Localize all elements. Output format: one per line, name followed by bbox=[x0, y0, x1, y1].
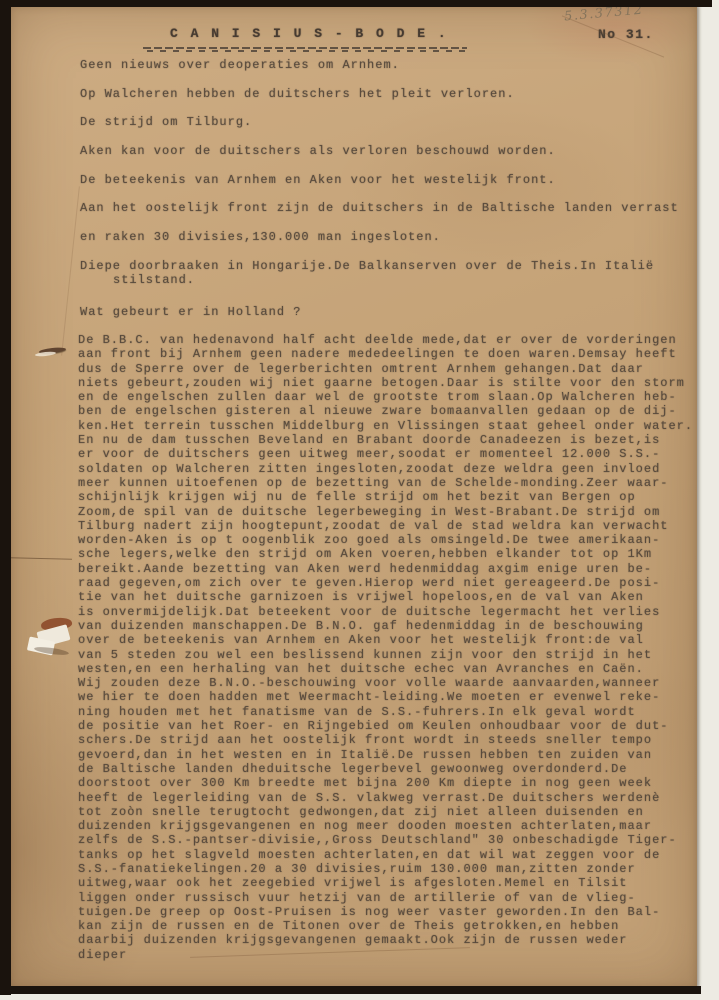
scan-edge-top bbox=[0, 0, 712, 7]
body-line: er voor de duitschers geen uitweg meer,s… bbox=[78, 447, 698, 461]
paper-crease bbox=[10, 557, 72, 560]
body-line: ken.Het terrein tusschen Middelburg en V… bbox=[78, 419, 698, 433]
body-line: schijnlijk krijgen wij nu de felle strij… bbox=[78, 490, 698, 504]
body-line: niets gebeurt,zouden wij niet gaarne bet… bbox=[78, 376, 698, 390]
body-line: over de beteekenis van Arnhem en Aken vo… bbox=[78, 633, 698, 647]
headline-line: Wat gebeurt er in Holland ? bbox=[80, 305, 695, 319]
headline-line: stilstand. bbox=[80, 273, 695, 287]
headline-line: Op Walcheren hebben de duitschers het pl… bbox=[80, 87, 695, 101]
headline-line: Aken kan voor de duitschers als verloren… bbox=[80, 144, 695, 158]
body-paragraph: De B.B.C. van hedenavond half acht deeld… bbox=[78, 333, 698, 962]
body-line: tie van het duitsche garnizoen is vrijwe… bbox=[78, 590, 698, 604]
body-line: zelfs de S.S.-pantser-divisie,,Gross Deu… bbox=[78, 833, 698, 847]
document-scan: 5.3.37312 C A N I S I U S - B O D E . No… bbox=[0, 0, 719, 1000]
body-line: soldaten op Walcheren zitten ingesloten,… bbox=[78, 462, 698, 476]
body-line: gevoerd,dan in het westen en in Italië.D… bbox=[78, 748, 698, 762]
body-line: ben de engelschen gisteren al nieuwe zwa… bbox=[78, 404, 698, 418]
paper-tear-upper bbox=[33, 344, 73, 360]
body-line: de positie van het Roer- en Rijngebied o… bbox=[78, 719, 698, 733]
body-line: tanks op het slagveld moesten achterlate… bbox=[78, 848, 698, 862]
body-line: is onvermijdelijk.Dat beteekent voor de … bbox=[78, 605, 698, 619]
body-line: S.S.-fanatiekelingen.20 a 30 divisies,ru… bbox=[78, 862, 698, 876]
scan-edge-bottom bbox=[0, 986, 701, 994]
body-line: aan front bij Arnhem geen nadere mededee… bbox=[78, 347, 698, 361]
headline-line: Diepe doorbraaken in Hongarije.De Balkan… bbox=[80, 259, 695, 273]
headline-list: Geen nieuws over deoperaties om Arnhem.O… bbox=[80, 58, 695, 320]
tear-highlight bbox=[35, 351, 56, 357]
body-line: uitweg,waar ook het zeegebied vrijwel is… bbox=[78, 876, 698, 890]
headline-line: en raken 30 divisies,130.000 man ingeslo… bbox=[80, 230, 695, 244]
title-underline bbox=[143, 47, 467, 53]
body-line: tot zoòn snelle terugtocht gedwongen,dat… bbox=[78, 805, 698, 819]
body-line: doorstoot over 300 Km breedte met bijna … bbox=[78, 776, 698, 790]
headline-line: Geen nieuws over deoperaties om Arnhem. bbox=[80, 58, 695, 72]
body-line: meer kunnen uitoefenen op de bezetting v… bbox=[78, 476, 698, 490]
body-line: westen,en een herhaling van het duitsche… bbox=[78, 662, 698, 676]
body-line: En nu de dam tusschen Beveland en Braban… bbox=[78, 433, 698, 447]
body-line: duizenden krijgsgevangenen en nog meer d… bbox=[78, 819, 698, 833]
body-line: van 5 steden zou wel een beslissend kunn… bbox=[78, 648, 698, 662]
document-paper: 5.3.37312 C A N I S I U S - B O D E . No… bbox=[10, 6, 697, 988]
paper-crease bbox=[61, 186, 80, 355]
body-line: Wij zouden deze B.N.O.-beschouwing voor … bbox=[78, 676, 698, 690]
body-line: ning houden met het fanatisme van de S.S… bbox=[78, 705, 698, 719]
body-line: kan zijn de russen en de Titonen over de… bbox=[78, 919, 698, 933]
body-line: bereikt.Aande bezetting van Aken werd he… bbox=[78, 562, 698, 576]
body-line: van duizenden manschappen.De B.N.O. gaf … bbox=[78, 619, 698, 633]
body-line: De B.B.C. van hedenavond half acht deeld… bbox=[78, 333, 698, 347]
body-line: Tilburg nadert zijn hoogtepunt,zoodat de… bbox=[78, 519, 698, 533]
body-line: liggen onder russisch vuur hetzij van de… bbox=[78, 891, 698, 905]
body-line: worden-Aken is op t oogenblik zoo goed a… bbox=[78, 533, 698, 547]
headline-line: Aan het oostelijk front zijn de duitsche… bbox=[80, 201, 695, 215]
newsletter-title: C A N I S I U S - B O D E . bbox=[170, 26, 448, 41]
body-line: schers.De strijd aan het oostelijk front… bbox=[78, 733, 698, 747]
body-line: tuigen.De greep op Oost-Pruisen is nog w… bbox=[78, 905, 698, 919]
paper-tear-lower bbox=[28, 618, 82, 672]
headline-line: De strijd om Tilburg. bbox=[80, 115, 695, 129]
body-line: we hier te doen hadden met Weermacht-lei… bbox=[78, 690, 698, 704]
body-line: daarbij duizenden krijgsgevangenen gemaa… bbox=[78, 933, 698, 947]
body-line: heeft de legerleiding van de S.S. vlakwe… bbox=[78, 791, 698, 805]
body-line: dus de Sperre over de legerberichten omt… bbox=[78, 362, 698, 376]
body-line: Zoom,de spil van de duitsche legerbewegi… bbox=[78, 505, 698, 519]
body-line: de Baltische landen dheduitsche legerbev… bbox=[78, 762, 698, 776]
headline-line: De beteekenis van Arnhem en Aken voor he… bbox=[80, 173, 695, 187]
body-line: raad gegeven,om zich over te geven.Hiero… bbox=[78, 576, 698, 590]
body-line: sche legers,welke den strijd om Aken voe… bbox=[78, 547, 698, 561]
body-line: en de engelschen zullen daar wel de groo… bbox=[78, 390, 698, 404]
scan-edge-left bbox=[0, 0, 11, 995]
